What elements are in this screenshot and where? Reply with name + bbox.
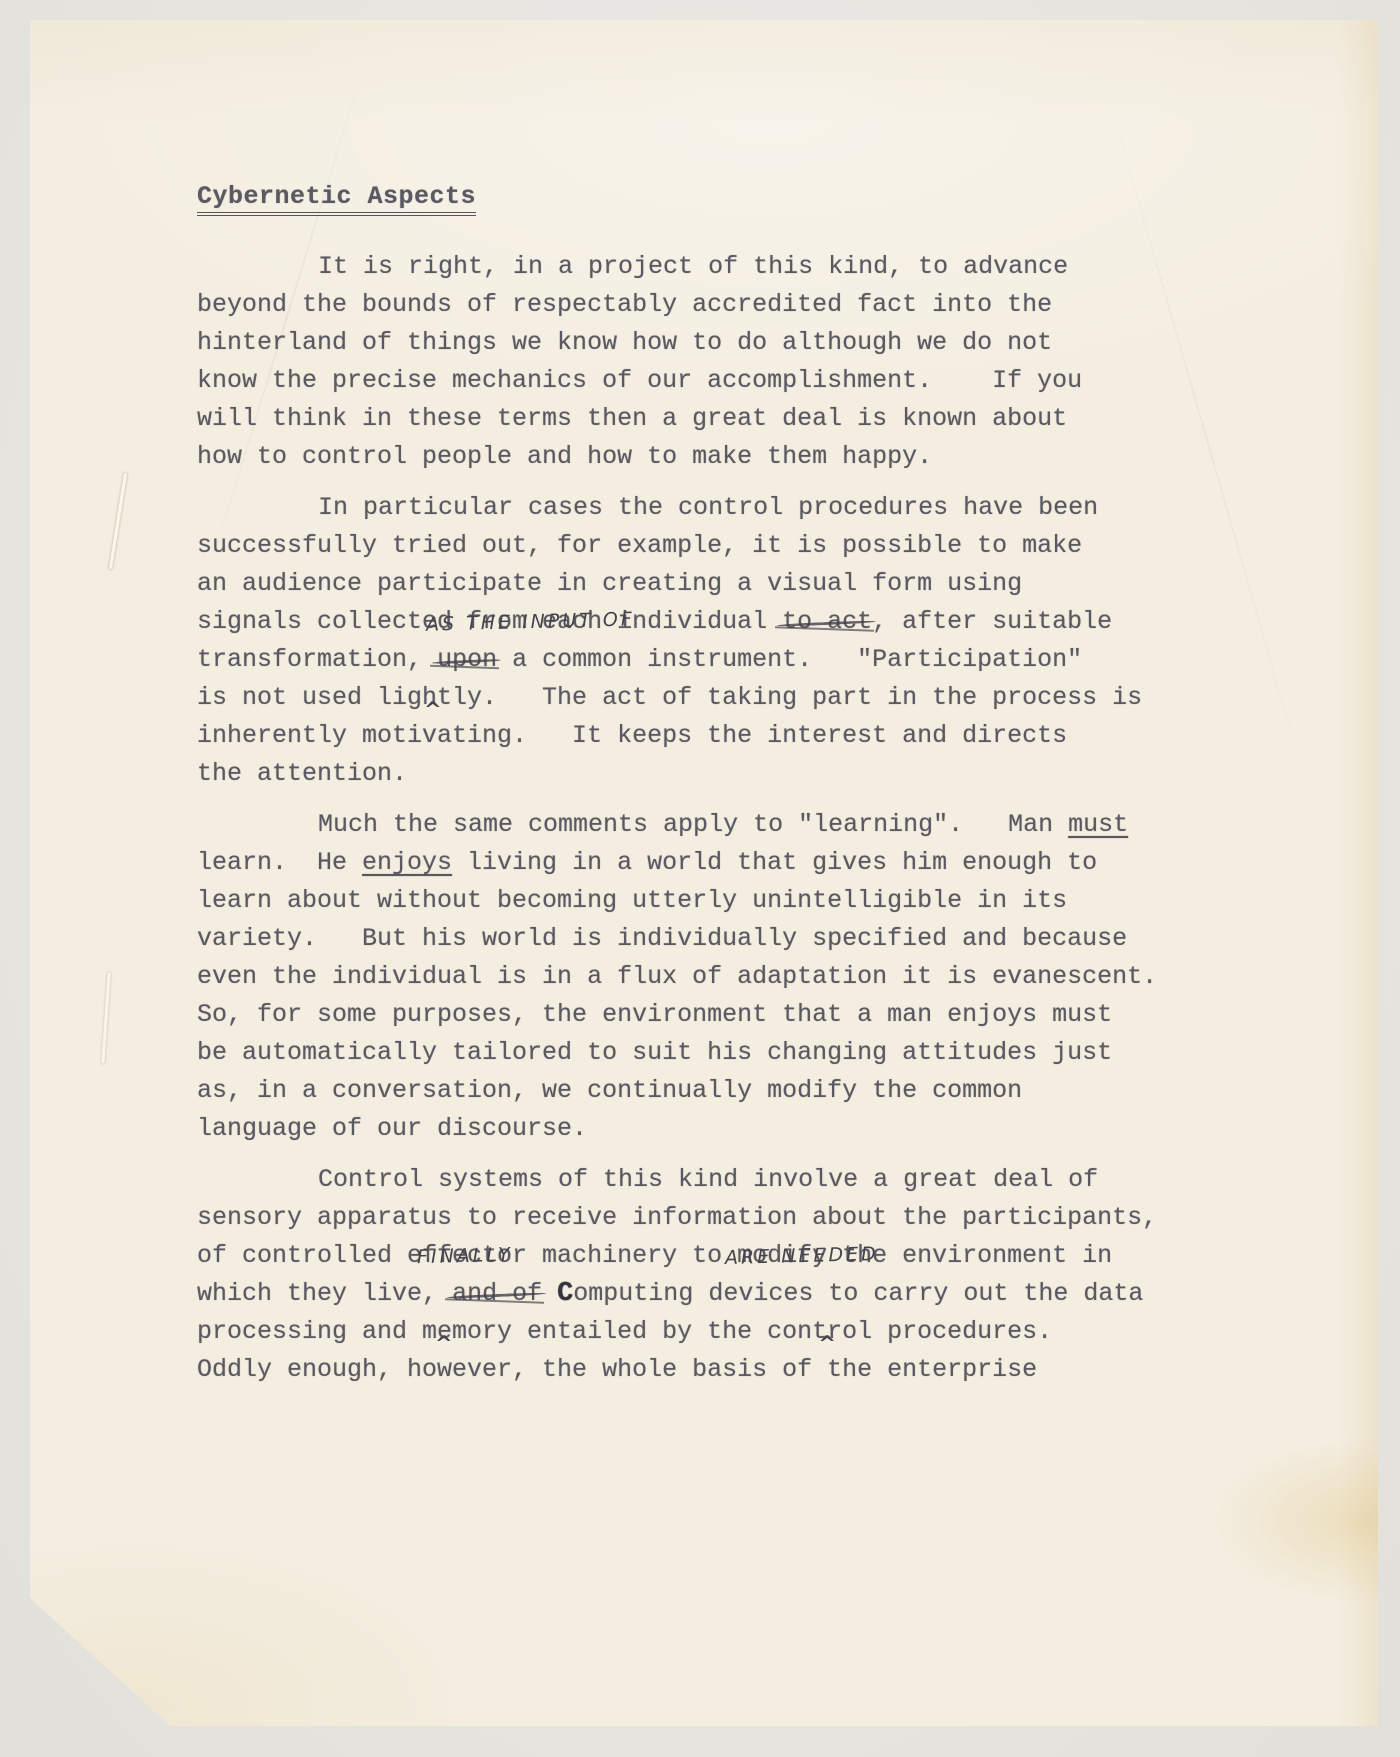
struck-text: upon xyxy=(437,645,497,674)
text-segment: sensory apparatus to receive information… xyxy=(197,1203,1157,1232)
text-segment: inherently motivating. It keeps the inte… xyxy=(197,721,1067,750)
page-title: Cybernetic Aspects xyxy=(197,178,1227,216)
text-segment: So, for some purposes, the environment t… xyxy=(197,1000,1112,1029)
text-segment: omputing devices xyxy=(573,1279,813,1308)
text-line: Oddly enough, however, the whole basis o… xyxy=(197,1351,1227,1389)
text-line: which they live,FINALLY^ and of Computin… xyxy=(197,1275,1227,1313)
text-line: of controlled effector machinery to modi… xyxy=(197,1237,1227,1275)
text-segment: language of our discourse. xyxy=(197,1114,587,1143)
text-segment: successfully tried out, for example, it … xyxy=(197,531,1082,560)
text-segment: know the precise mechanics of our accomp… xyxy=(197,366,1082,395)
document-title: Cybernetic Aspects xyxy=(197,182,476,216)
handwritten-annotation: ARE NEEDED xyxy=(725,1235,880,1277)
text-line: sensory apparatus to receive information… xyxy=(197,1199,1227,1237)
text-segment: processing and memory entailed by the co… xyxy=(197,1317,1052,1346)
text-line: In particular cases the control procedur… xyxy=(197,489,1227,527)
text-line: even the individual is in a flux of adap… xyxy=(197,958,1227,996)
text-line: an audience participate in creating a vi… xyxy=(197,565,1227,603)
caret-mark: ^ xyxy=(818,1325,836,1363)
text-line: hinterland of things we know how to do a… xyxy=(197,324,1227,362)
text-line: signals collected from each individual t… xyxy=(197,603,1227,641)
text-line: as, in a conversation, we continually mo… xyxy=(197,1072,1227,1110)
text-segment: a common instrument. "Participation" xyxy=(497,645,1082,674)
text-line: variety. But his world is individually s… xyxy=(197,920,1227,958)
text-segment: , after suitable xyxy=(872,607,1112,636)
text-segment: Control systems of this kind involve a g… xyxy=(318,1165,1098,1194)
underlined-text: must xyxy=(1068,810,1128,839)
text-segment: which they live, xyxy=(197,1279,437,1308)
text-line: Control systems of this kind involve a g… xyxy=(197,1161,1227,1199)
text-line: It is right, in a project of this kind, … xyxy=(197,248,1227,286)
text-segment xyxy=(422,645,437,674)
document-content: Cybernetic Aspects It is right, in a pro… xyxy=(197,178,1227,1402)
text-segment: how to control people and how to make th… xyxy=(197,442,932,471)
struck-text: and of xyxy=(452,1279,542,1308)
paragraph: It is right, in a project of this kind, … xyxy=(197,248,1227,476)
text-segment: an audience participate in creating a vi… xyxy=(197,569,1022,598)
folded-corner xyxy=(30,1596,172,1726)
text-segment xyxy=(437,1279,452,1308)
text-segment: transformation, xyxy=(197,645,422,674)
handwritten-annotation: FINALLY xyxy=(417,1236,514,1276)
caret-mark: ^ xyxy=(424,691,442,729)
text-line: know the precise mechanics of our accomp… xyxy=(197,362,1227,400)
caret-mark: ^ xyxy=(435,1325,453,1363)
struck-text: to act xyxy=(782,607,872,636)
text-segment: to carry out the data xyxy=(813,1279,1143,1308)
staple-tear-mark xyxy=(101,972,111,1064)
text-line: successfully tried out, for example, it … xyxy=(197,527,1227,565)
text-segment: learn. He xyxy=(197,848,362,877)
staple-tear-mark xyxy=(108,472,127,569)
text-segment: even the individual is in a flux of adap… xyxy=(197,962,1157,991)
text-segment: variety. But his world is individually s… xyxy=(197,924,1127,953)
text-line: the attention. xyxy=(197,755,1227,793)
text-segment: Oddly enough, however, the whole basis o… xyxy=(197,1355,1037,1384)
text-segment: the attention. xyxy=(197,759,407,788)
text-line: learn. He enjoys living in a world that … xyxy=(197,844,1227,882)
text-segment: will think in these terms then a great d… xyxy=(197,404,1067,433)
paragraph: Much the same comments apply to "learnin… xyxy=(197,806,1227,1148)
text-segment: of controlled effector machinery to modi… xyxy=(197,1241,1112,1270)
text-line: language of our discourse. xyxy=(197,1110,1227,1148)
text-segment: In particular cases the control procedur… xyxy=(318,493,1098,522)
text-segment: learn about without becoming utterly uni… xyxy=(197,886,1067,915)
text-line: will think in these terms then a great d… xyxy=(197,400,1227,438)
text-segment: Much the same comments apply to "learnin… xyxy=(318,810,1068,839)
overwritten-letter: C xyxy=(557,1279,573,1309)
text-line: processing and memory entailed by the co… xyxy=(197,1313,1227,1351)
text-line: So, for some purposes, the environment t… xyxy=(197,996,1227,1034)
text-line: how to control people and how to make th… xyxy=(197,438,1227,476)
text-line: inherently motivating. It keeps the inte… xyxy=(197,717,1227,755)
text-line: Much the same comments apply to "learnin… xyxy=(197,806,1227,844)
text-line: is not used lightly. The act of taking p… xyxy=(197,679,1227,717)
document-body: It is right, in a project of this kind, … xyxy=(197,248,1227,1389)
paper-sheet: Cybernetic Aspects It is right, in a pro… xyxy=(30,20,1378,1726)
text-line: be automatically tailored to suit his ch… xyxy=(197,1034,1227,1072)
paragraph: In particular cases the control procedur… xyxy=(197,489,1227,793)
text-segment: living in a world that gives him enough … xyxy=(452,848,1097,877)
underlined-text: enjoys xyxy=(362,848,452,877)
paragraph: Control systems of this kind involve a g… xyxy=(197,1161,1227,1389)
text-segment: beyond the bounds of respectably accredi… xyxy=(197,290,1052,319)
text-segment: is not used lightly. The act of taking p… xyxy=(197,683,1142,712)
text-line: transformation,AS THE INPUT OF^ upon a c… xyxy=(197,641,1227,679)
text-segment: It is right, in a project of this kind, … xyxy=(318,252,1068,281)
text-line: beyond the bounds of respectably accredi… xyxy=(197,286,1227,324)
text-segment: as, in a conversation, we continually mo… xyxy=(197,1076,1022,1105)
text-segment: hinterland of things we know how to do a… xyxy=(197,328,1052,357)
handwritten-annotation: AS THE INPUT OF xyxy=(426,600,636,643)
text-line: learn about without becoming utterly uni… xyxy=(197,882,1227,920)
text-segment: be automatically tailored to suit his ch… xyxy=(197,1038,1112,1067)
scan-background: { "colors": { "scan_background": "#e7e5e… xyxy=(0,0,1400,1757)
